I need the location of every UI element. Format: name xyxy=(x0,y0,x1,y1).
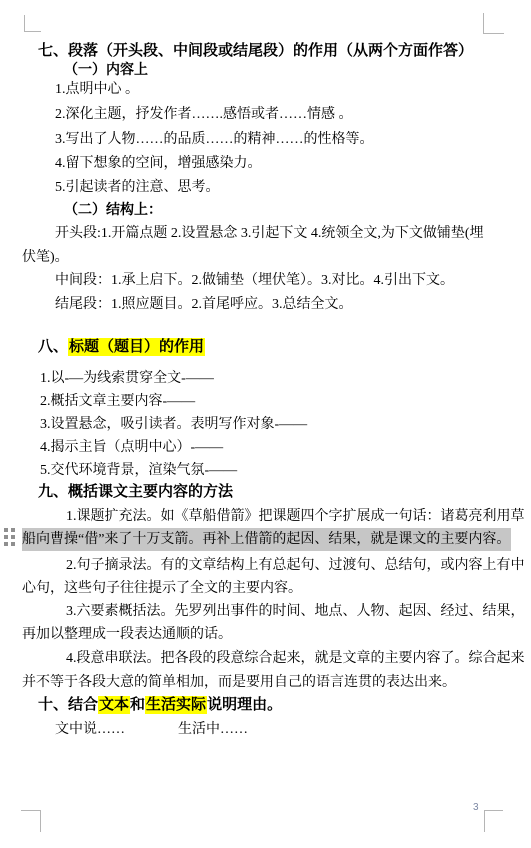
section-10-title: 十、结合文本和生活实际说明理由。 xyxy=(38,694,282,717)
section-9-title: 九、概括课文主要内容的方法 xyxy=(38,481,233,504)
section-7-item: 1.点明中心 。 xyxy=(55,78,139,101)
section-7-opening-paragraph-line1: 开头段:1.开篇点题 2.设置悬念 3.引起下文 4.统领全文,为下文做铺垫(埋 xyxy=(55,222,484,245)
section-10-example-life: 生活中…… xyxy=(178,718,248,741)
margin-corner-mark-top-right xyxy=(483,13,504,34)
section-8-item: 2.概括文章主要内容-—— xyxy=(40,390,195,413)
document-page: 3 七、段落（开头段、中间段或结尾段）的作用（从两个方面作答） （一）内容上 1… xyxy=(0,0,531,848)
section-7-item: 3.写出了人物……的品质……的精神……的性格等。 xyxy=(55,128,374,151)
paragraph-drag-handle-icon[interactable] xyxy=(4,528,16,546)
section-9-method1-line2-selected: 船向曹操“借”来了十万支箭。再补上借箭的起因、结果，就是课文的主要内容。 xyxy=(22,528,511,551)
section-7-item: 5.引起读者的注意、思考。 xyxy=(55,176,220,199)
section-7-item: 2.深化主题，抒发作者…….感悟或者……情感 。 xyxy=(55,103,353,126)
section-9-method1-line1: 1.课题扩充法。如《草船借箭》把课题四个字扩展成一句话：诸葛亮利用草 xyxy=(66,505,525,528)
section-9-method3-line1: 3.六要素概括法。先罗列出事件的时间、地点、人物、起因、经过、结果， xyxy=(66,600,525,623)
section-8-item: 4.揭示主旨（点明中心）-—— xyxy=(40,436,223,459)
section-10-highlight-life: 生活实际 xyxy=(145,696,207,714)
section-10-example-text: 文中说…… xyxy=(55,718,125,741)
margin-corner-mark-bottom-right xyxy=(484,810,503,832)
section-8-item: 3.设置悬念，吸引读者。表明写作对象-—— xyxy=(40,413,307,436)
section-7-middle-paragraph: 中间段：1.承上启下。2.做铺垫（埋伏笔）。3.对比。4.引出下文。 xyxy=(55,269,454,292)
section-9-method2-line1: 2.句子摘录法。有的文章结构上有总起句、过渡句、总结句，或内容上有中 xyxy=(66,554,525,577)
page-number: 3 xyxy=(473,802,479,814)
section-10-connector: 和 xyxy=(130,697,145,713)
section-8-title: 八、标题（题目）的作用 xyxy=(38,336,205,359)
section-8-number: 八、 xyxy=(38,339,68,355)
section-7-opening-paragraph-line2: 伏笔)。 xyxy=(22,246,69,269)
section-7-item: 4.留下想象的空间，增强感染力。 xyxy=(55,152,262,175)
section-10-suffix: 说明理由。 xyxy=(207,697,282,713)
section-7-ending-paragraph: 结尾段：1.照应题目。2.首尾呼应。3.总结全文。 xyxy=(55,293,353,316)
section-8-item: 5.交代环境背景，渲染气氛-—— xyxy=(40,459,237,482)
section-8-item: 1.以-—为线索贯穿全文-—— xyxy=(40,367,214,390)
section-9-method4-line2: 并不等于各段大意的简单相加，而是要用自己的语言连贯的表达出来。 xyxy=(22,671,456,694)
section-7-subhead-structure: （二）结构上： xyxy=(64,199,162,222)
section-9-method2-line2: 心句，这些句子往往提示了全文的主要内容。 xyxy=(22,577,302,600)
section-9-method3-line2: 再加以整理成一段表达通顺的话。 xyxy=(22,623,232,646)
section-9-method4-line1: 4.段意串联法。把各段的段意综合起来，就是文章的主要内容了。综合起来 xyxy=(66,647,525,670)
section-10-prefix: 十、结合 xyxy=(38,697,98,713)
section-10-highlight-text: 文本 xyxy=(98,696,130,714)
margin-corner-mark-bottom-left xyxy=(21,810,41,832)
section-8-title-highlighted: 标题（题目）的作用 xyxy=(68,338,205,356)
margin-corner-mark-top-left xyxy=(24,15,41,32)
